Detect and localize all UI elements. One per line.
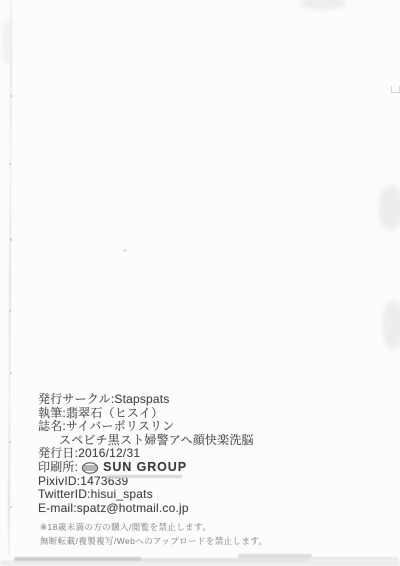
scan-speck: [9, 163, 11, 165]
scan-speck: [9, 441, 11, 443]
printer-line: 印刷所: SUN GROUP: [38, 461, 254, 475]
publishing-circle-line: 発行サークル:Stapspats: [38, 393, 254, 407]
scan-smudge: [300, 0, 346, 10]
scan-bottom-shadow: [140, 558, 310, 561]
email-line: E-mail:spatz@hotmail.co.jp: [38, 502, 254, 516]
scan-fold-line: [8, 0, 12, 556]
printer-logo-subtext-blur: [106, 475, 182, 478]
colophon-block: 発行サークル:Stapspats 執筆:翡翠石（ヒスイ） 誌名:サイバーポリスリ…: [38, 393, 254, 515]
disclaimer-block: ※18歳未満の方の購入/閲覧を禁止します。 無断転載/複製複写/Webへのアップ…: [40, 521, 267, 548]
scan-speck: [123, 249, 127, 252]
scan-speck: [9, 310, 11, 312]
scan-bottom-shadow: [238, 554, 312, 558]
scan-bottom-shadow: [310, 557, 398, 560]
scan-speck: [10, 238, 12, 241]
no-reproduction-notice: 無断転載/複製複写/Webへのアップロードを禁止します。: [40, 535, 267, 549]
scan-smudge: [2, 18, 12, 66]
age-restriction-notice: ※18歳未満の方の購入/閲覧を禁止します。: [40, 521, 267, 535]
scan-speck: [10, 372, 12, 374]
printer-name: SUN GROUP: [103, 461, 187, 475]
scanned-doujinshi-colophon-page: 発行サークル:Stapspats 執筆:翡翠石（ヒスイ） 誌名:サイバーポリスリ…: [0, 0, 400, 566]
scan-smudge: [382, 300, 400, 350]
sun-group-striped-globe-icon: [81, 462, 99, 474]
scan-corner-mark: [391, 86, 400, 93]
scan-speck: [10, 95, 12, 97]
publication-date-line: 発行日:2016/12/31: [38, 447, 254, 461]
scan-speck: [10, 506, 12, 508]
twitter-id-line: TwitterID:hisui_spats: [38, 488, 254, 502]
scan-smudge: [378, 185, 400, 231]
printer-label: 印刷所:: [38, 461, 78, 475]
book-title-line-1: 誌名:サイバーポリスリン: [38, 420, 254, 434]
scan-bottom-shadow: [14, 557, 142, 561]
